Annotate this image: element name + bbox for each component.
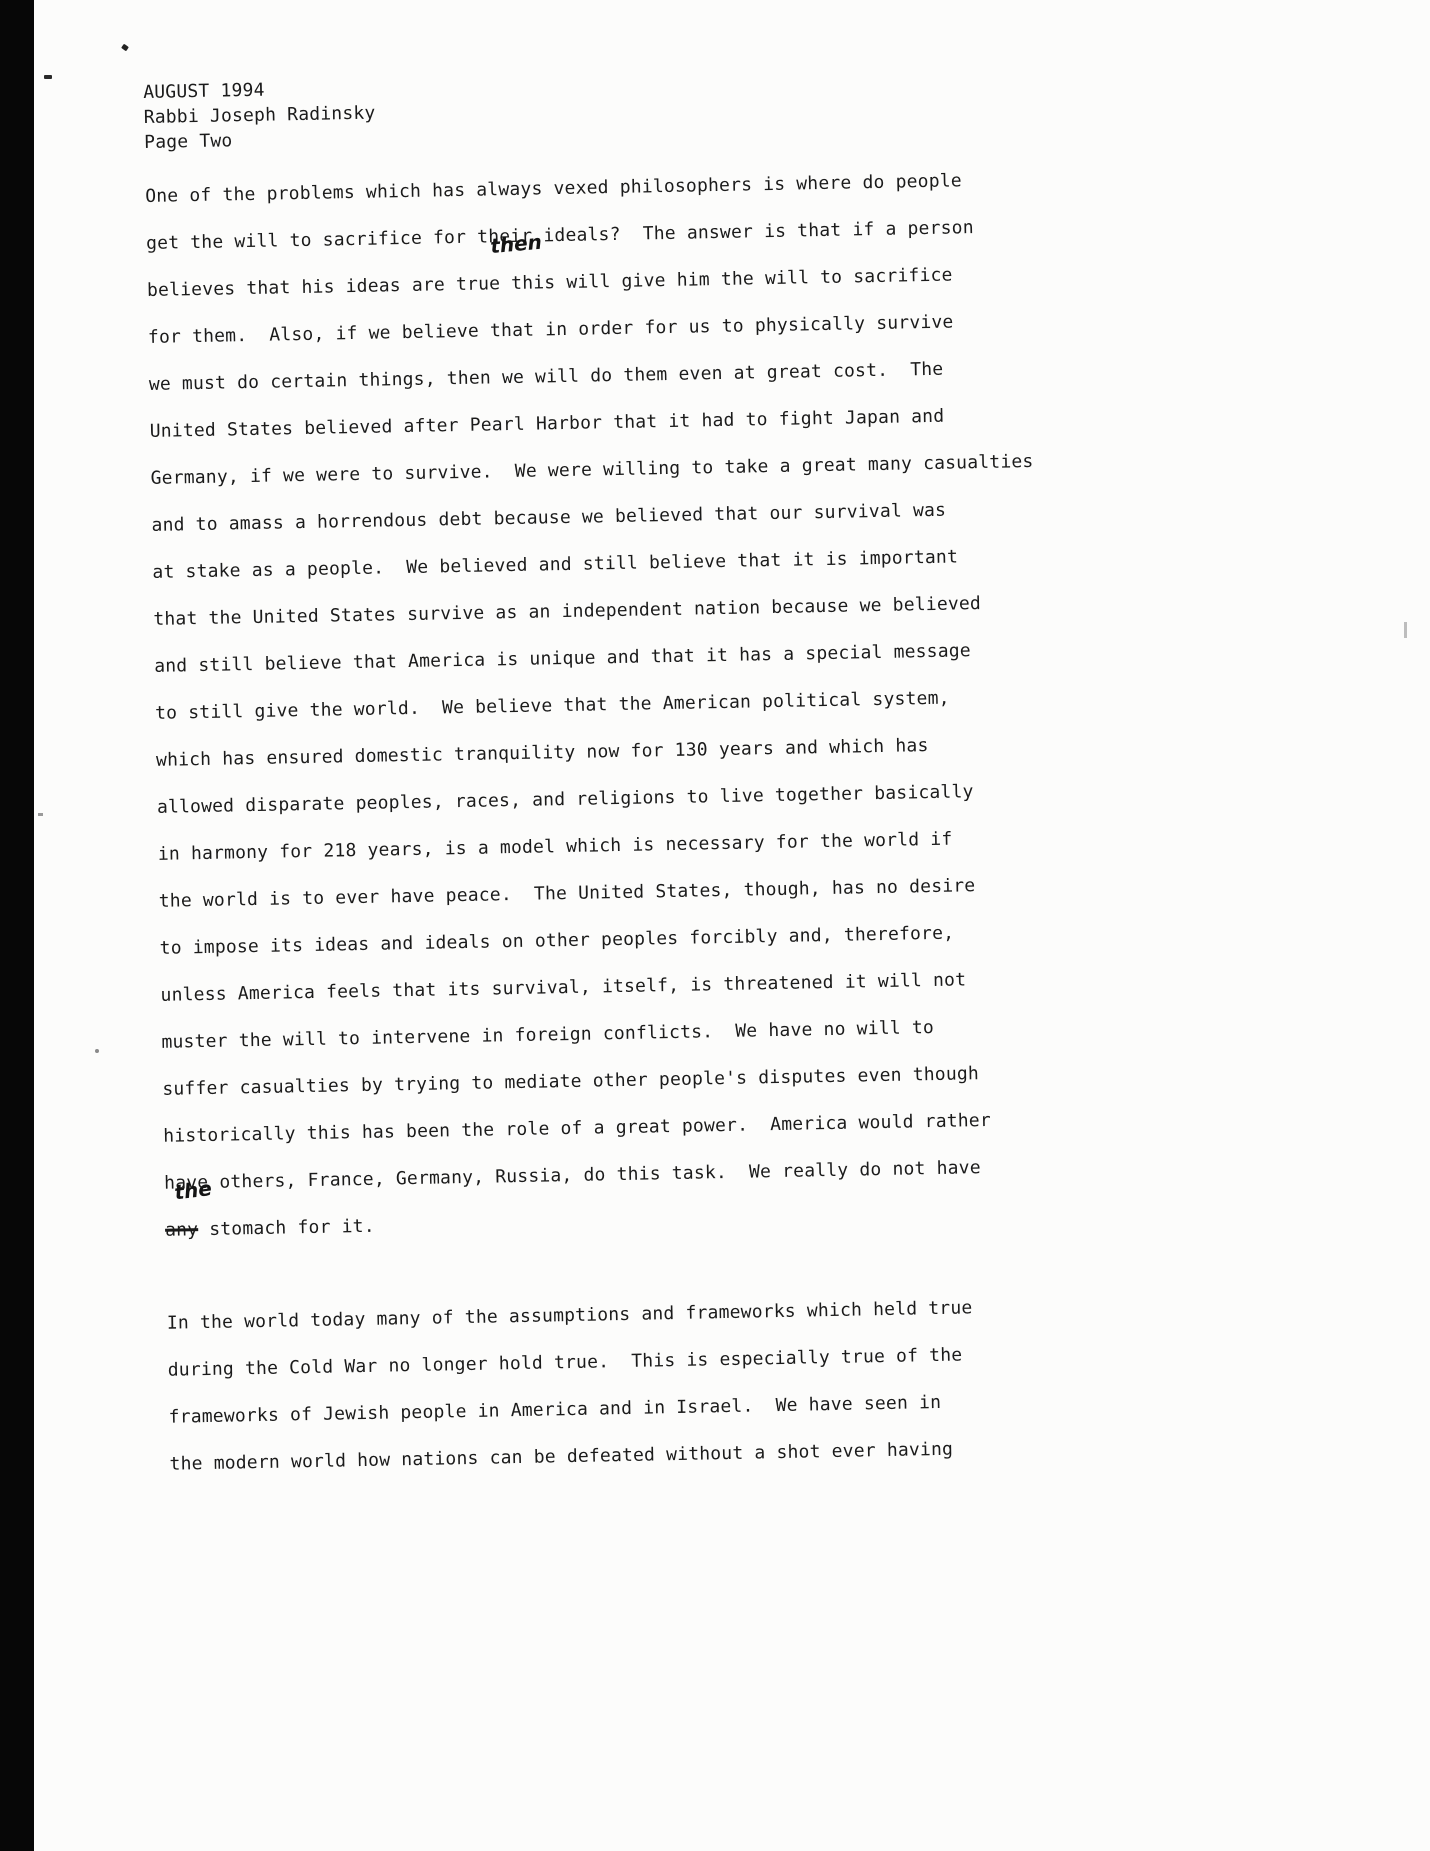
- paragraph-1: then the One of the problems which has a…: [145, 153, 1226, 1254]
- scan-speck: [44, 75, 52, 79]
- document-content: AUGUST 1994 Rabbi Joseph Radinsky Page T…: [143, 60, 1230, 1488]
- struck-word: any: [165, 1219, 199, 1241]
- scan-speck: [121, 44, 129, 52]
- scanned-page: AUGUST 1994 Rabbi Joseph Radinsky Page T…: [0, 0, 1430, 1851]
- typed-line-rest: stomach for it.: [198, 1216, 375, 1240]
- scan-speck: [38, 813, 43, 816]
- handwritten-then-insertion: then: [489, 230, 543, 258]
- doc-header: AUGUST 1994 Rabbi Joseph Radinsky Page T…: [143, 60, 1204, 155]
- scan-speck: [95, 1049, 99, 1053]
- paragraph-2: In the world today many of the assumptio…: [166, 1279, 1229, 1487]
- scan-speck: [1404, 622, 1407, 638]
- scan-edge-bar: [0, 0, 34, 1851]
- handwritten-the-correction: the: [173, 1176, 213, 1204]
